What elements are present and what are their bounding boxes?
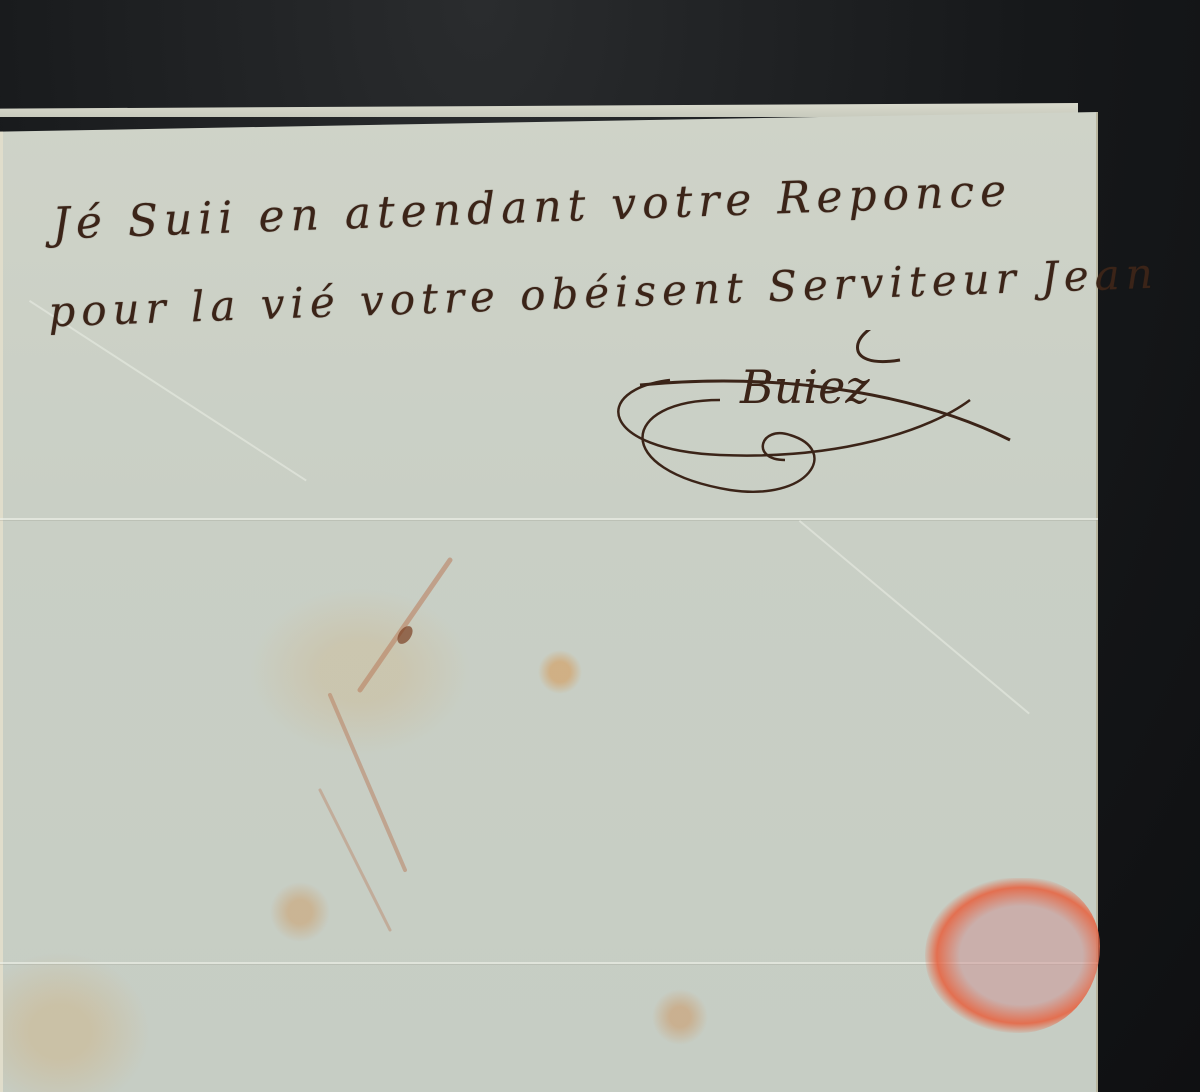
wax-seal (925, 878, 1100, 1033)
signature-flourish (600, 330, 1020, 510)
fold-crease-upper (0, 518, 1098, 520)
signature-name: Buiez (740, 360, 870, 414)
